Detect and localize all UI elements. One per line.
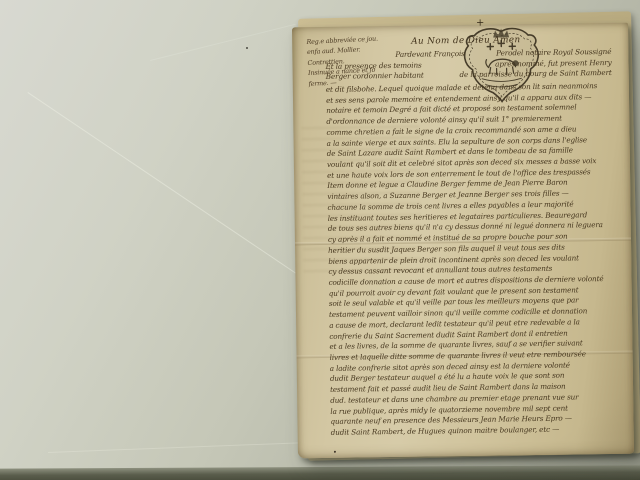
surface-scratch bbox=[150, 24, 296, 61]
manuscript-page: Reg.e abbreviée ce jou. enfa aud. Mollie… bbox=[292, 23, 634, 459]
ink-speck bbox=[334, 451, 336, 453]
opening-lines: Pardevant François Perodel notaire Royal… bbox=[307, 47, 613, 83]
line-right-segment: de la parroisse du bourg de Saint Ramber… bbox=[459, 68, 613, 81]
line-left-segment: Pardevant François bbox=[395, 49, 464, 61]
line-left-segment: Berger cordonnier habitant bbox=[326, 71, 424, 83]
surface-speck bbox=[246, 47, 248, 49]
table-edge-shadow bbox=[0, 465, 640, 480]
manuscript-body: et dit filsbohe. Lequel quoique malade e… bbox=[326, 81, 628, 439]
photo-scene: Reg.e abbreviée ce jou. enfa aud. Mollie… bbox=[0, 0, 640, 480]
